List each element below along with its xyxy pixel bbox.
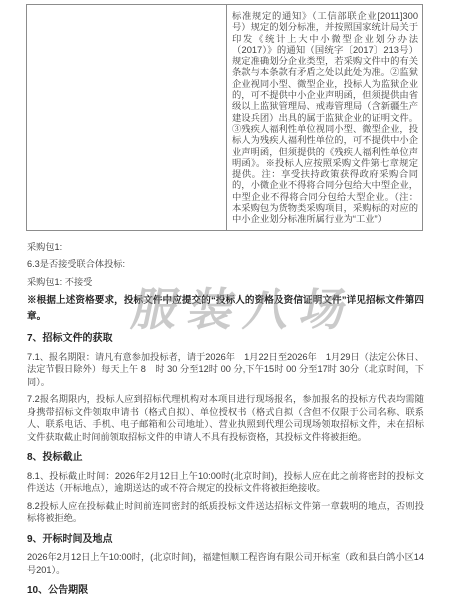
section-8: 8、投标截止 8.1、投标截止时间：2026年2月12日上午10:00时(北京时…	[27, 452, 424, 525]
section-10: 10、公告期限	[27, 585, 424, 598]
qualification-note: ※根据上述资格要求，投标文件中应提交的“投标人的资格及资信证明文件”详见招标文件…	[27, 293, 424, 324]
section-7: 7、招标文件的获取 7.1、报名期限：请凡有意参加投标者，请于2026年 1月2…	[27, 333, 424, 443]
section-9-paragraph-1: 2026年2月12日上午10:00时，(北京时间)，福建恒顺工程咨询有限公司开标…	[27, 551, 424, 576]
table-right-cell: 标准规定的通知》（工信部联企业[2011]300号）规定的划分标准，并按照国家统…	[227, 5, 423, 231]
joint-bid-question: 6.3是否接受联合体投标:	[27, 258, 424, 271]
table-left-cell	[27, 5, 227, 231]
section-10-heading: 10、公告期限	[27, 585, 424, 598]
section-8-heading: 8、投标截止	[27, 452, 424, 465]
table-row: 标准规定的通知》（工信部联企业[2011]300号）规定的划分标准，并按照国家统…	[27, 5, 423, 231]
document-body: 采购包1: 6.3是否接受联合体投标: 采购包1: 不接受 ※根据上述资格要求，…	[27, 241, 424, 598]
qualification-table: 标准规定的通知》（工信部联企业[2011]300号）规定的划分标准，并按照国家统…	[26, 4, 423, 231]
section-7-paragraph-1: 7.1、报名期限：请凡有意参加投标者，请于2026年 1月22日至2026年 1…	[27, 351, 424, 389]
section-9: 9、开标时间及地点 2026年2月12日上午10:00时，(北京时间)，福建恒顺…	[27, 534, 424, 577]
section-7-paragraph-2: 7.2报名期限内，投标人应到招标代理机构对本项目进行现场报名，参加报名的投标方代…	[27, 393, 424, 443]
section-7-heading: 7、招标文件的获取	[27, 333, 424, 346]
package-line: 采购包1:	[27, 241, 424, 254]
joint-bid-answer: 采购包1: 不接受	[27, 276, 424, 289]
section-8-paragraph-2: 8.2投标人应在投标截止时间前连同密封的纸质投标文件送达招标文件第一章载明的地点…	[27, 500, 424, 525]
section-9-heading: 9、开标时间及地点	[27, 534, 424, 547]
section-8-paragraph-1: 8.1、投标截止时间：2026年2月12日上午10:00时(北京时间)，投标人应…	[27, 470, 424, 495]
document-page: 服装八场 标准规定的通知》（工信部联企业[2011]300号）规定的划分标准，并…	[0, 4, 450, 600]
